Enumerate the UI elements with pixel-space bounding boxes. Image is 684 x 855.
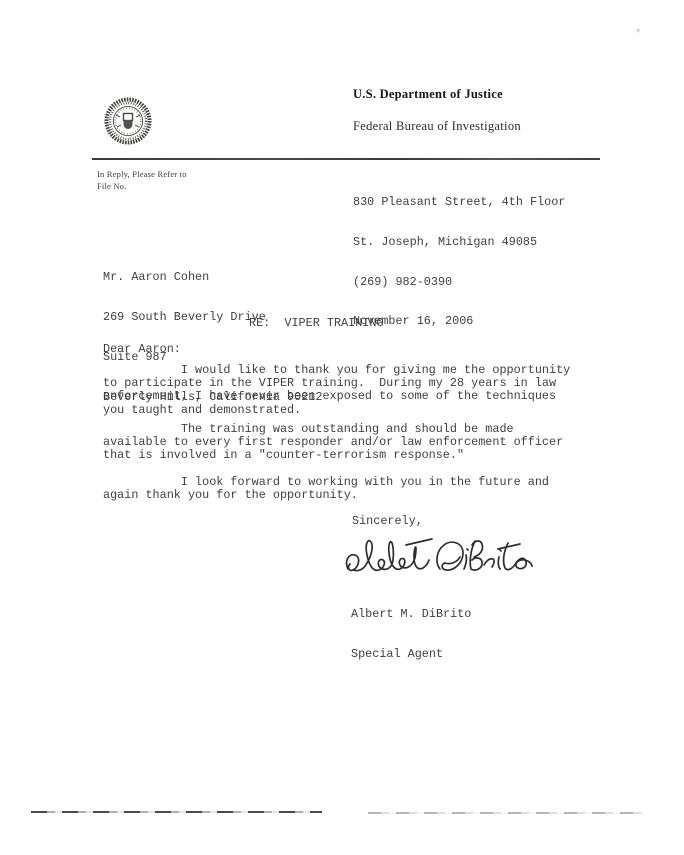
- recipient-name: Mr. Aaron Cohen: [103, 271, 322, 284]
- reference-note: In Reply, Please Refer to File No.: [97, 169, 187, 192]
- letterhead-divider: [92, 158, 600, 160]
- salutation: Dear Aaron:: [103, 343, 181, 356]
- office-address-city: St. Joseph, Michigan 49085: [353, 236, 565, 249]
- office-address-block: 830 Pleasant Street, 4th Floor St. Josep…: [353, 170, 565, 355]
- valediction: Sincerely,: [352, 515, 423, 528]
- letter-date: November 16, 2006: [353, 315, 565, 328]
- scanned-letter-page: U.S. Department of Justice Federal Burea…: [0, 0, 684, 855]
- body-paragraph-2: The training was outstanding and should …: [103, 423, 595, 463]
- handwritten-signature: [336, 529, 536, 585]
- department-title: U.S. Department of Justice: [353, 87, 503, 102]
- office-address-street: 830 Pleasant Street, 4th Floor: [353, 196, 565, 209]
- subject-line: RE: VIPER TRAINING: [249, 317, 384, 330]
- reference-note-line2: File No.: [97, 181, 187, 193]
- scan-artifact-line-right: [368, 812, 642, 814]
- body-paragraph-3: I look forward to working with you in th…: [103, 476, 595, 502]
- signature-block: Albert M. DiBrito Special Agent: [351, 582, 471, 688]
- scan-speck: [635, 28, 641, 33]
- reference-note-line1: In Reply, Please Refer to: [97, 169, 187, 181]
- scan-artifact-line-left: [31, 811, 322, 813]
- office-address-phone: (269) 982-0390: [353, 276, 565, 289]
- bureau-title: Federal Bureau of Investigation: [353, 119, 521, 134]
- fbi-seal-icon: [104, 95, 152, 147]
- signer-title: Special Agent: [351, 648, 471, 661]
- body-paragraph-1: I would like to thank you for giving me …: [103, 364, 595, 417]
- signer-name: Albert M. DiBrito: [351, 608, 471, 621]
